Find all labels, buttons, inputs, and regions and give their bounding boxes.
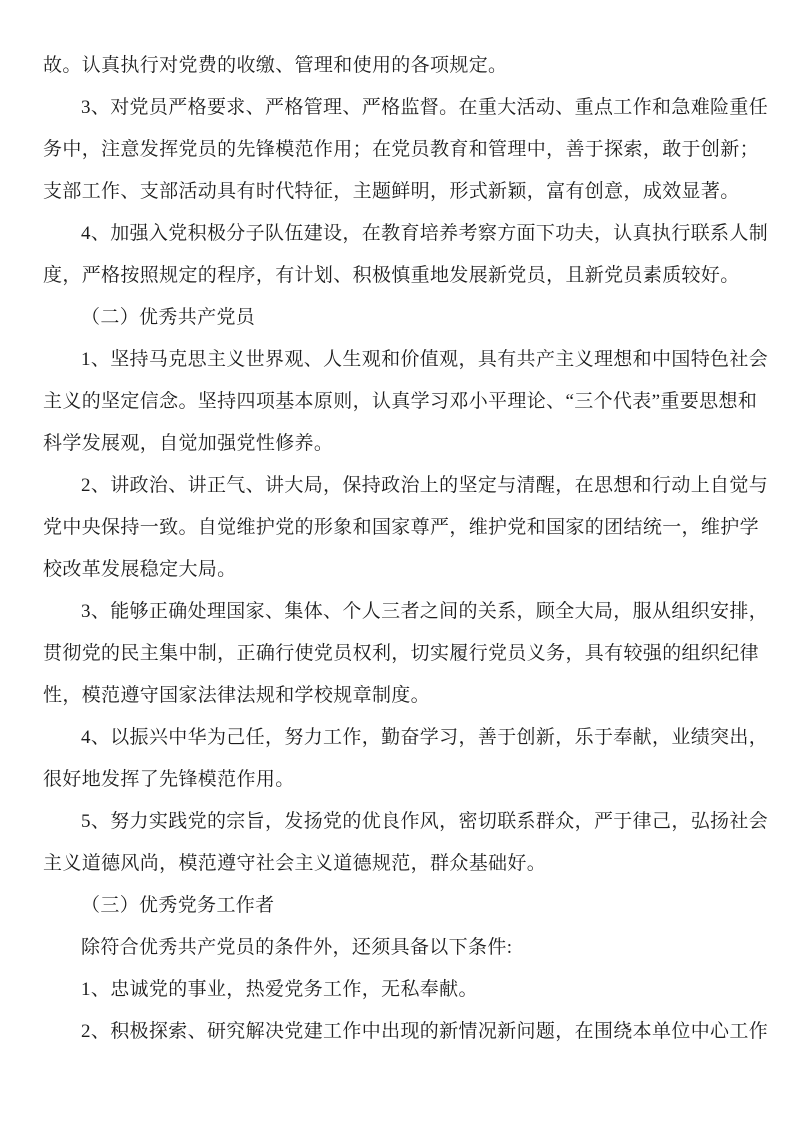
text-line: 1、忠诚党的事业，热爱党务工作，无私奉献。 xyxy=(43,969,775,1011)
text-line: 2、积极探索、研究解决党建工作中出现的新情况新问题，在围绕本单位中心工作 xyxy=(43,1011,775,1053)
text-line: 4、加强入党积极分子队伍建设，在教育培养考察方面下功夫，认真执行联系人制 xyxy=(43,213,775,255)
text-line: 支部工作、支部活动具有时代特征，主题鲜明，形式新颖，富有创意，成效显著。 xyxy=(43,171,775,213)
text-line: 3、对党员严格要求、严格管理、严格监督。在重大活动、重点工作和急难险重任 xyxy=(43,87,775,129)
text-line: 科学发展观，自觉加强党性修养。 xyxy=(43,423,775,465)
document-page: 故。认真执行对党费的收缴、管理和使用的各项规定。3、对党员严格要求、严格管理、严… xyxy=(0,0,800,1131)
text-line: （三）优秀党务工作者 xyxy=(43,885,775,927)
text-line: 主义道德风尚，模范遵守社会主义道德规范，群众基础好。 xyxy=(43,843,775,885)
text-line: 很好地发挥了先锋模范作用。 xyxy=(43,759,775,801)
text-line: （二）优秀共产党员 xyxy=(43,297,775,339)
text-line: 贯彻党的民主集中制，正确行使党员权利，切实履行党员义务，具有较强的组织纪律 xyxy=(43,633,775,675)
text-line: 5、努力实践党的宗旨，发扬党的优良作风，密切联系群众，严于律己，弘扬社会 xyxy=(43,801,775,843)
document-body: 故。认真执行对党费的收缴、管理和使用的各项规定。3、对党员严格要求、严格管理、严… xyxy=(43,45,775,1053)
text-line: 3、能够正确处理国家、集体、个人三者之间的关系，顾全大局，服从组织安排， xyxy=(43,591,775,633)
text-line: 2、讲政治、讲正气、讲大局，保持政治上的坚定与清醒，在思想和行动上自觉与 xyxy=(43,465,775,507)
text-line: 性，模范遵守国家法律法规和学校规章制度。 xyxy=(43,675,775,717)
text-line: 故。认真执行对党费的收缴、管理和使用的各项规定。 xyxy=(43,45,775,87)
text-line: 除符合优秀共产党员的条件外，还须具备以下条件: xyxy=(43,927,775,969)
text-line: 务中，注意发挥党员的先锋模范作用；在党员教育和管理中，善于探索，敢于创新； xyxy=(43,129,775,171)
text-line: 度，严格按照规定的程序，有计划、积极慎重地发展新党员，且新党员素质较好。 xyxy=(43,255,775,297)
text-line: 1、坚持马克思主义世界观、人生观和价值观，具有共产主义理想和中国特色社会 xyxy=(43,339,775,381)
text-line: 4、以振兴中华为己任，努力工作，勤奋学习，善于创新，乐于奉献，业绩突出， xyxy=(43,717,775,759)
text-line: 校改革发展稳定大局。 xyxy=(43,549,775,591)
text-line: 党中央保持一致。自觉维护党的形象和国家尊严，维护党和国家的团结统一，维护学 xyxy=(43,507,775,549)
text-line: 主义的坚定信念。坚持四项基本原则，认真学习邓小平理论、“三个代表”重要思想和 xyxy=(43,381,775,423)
